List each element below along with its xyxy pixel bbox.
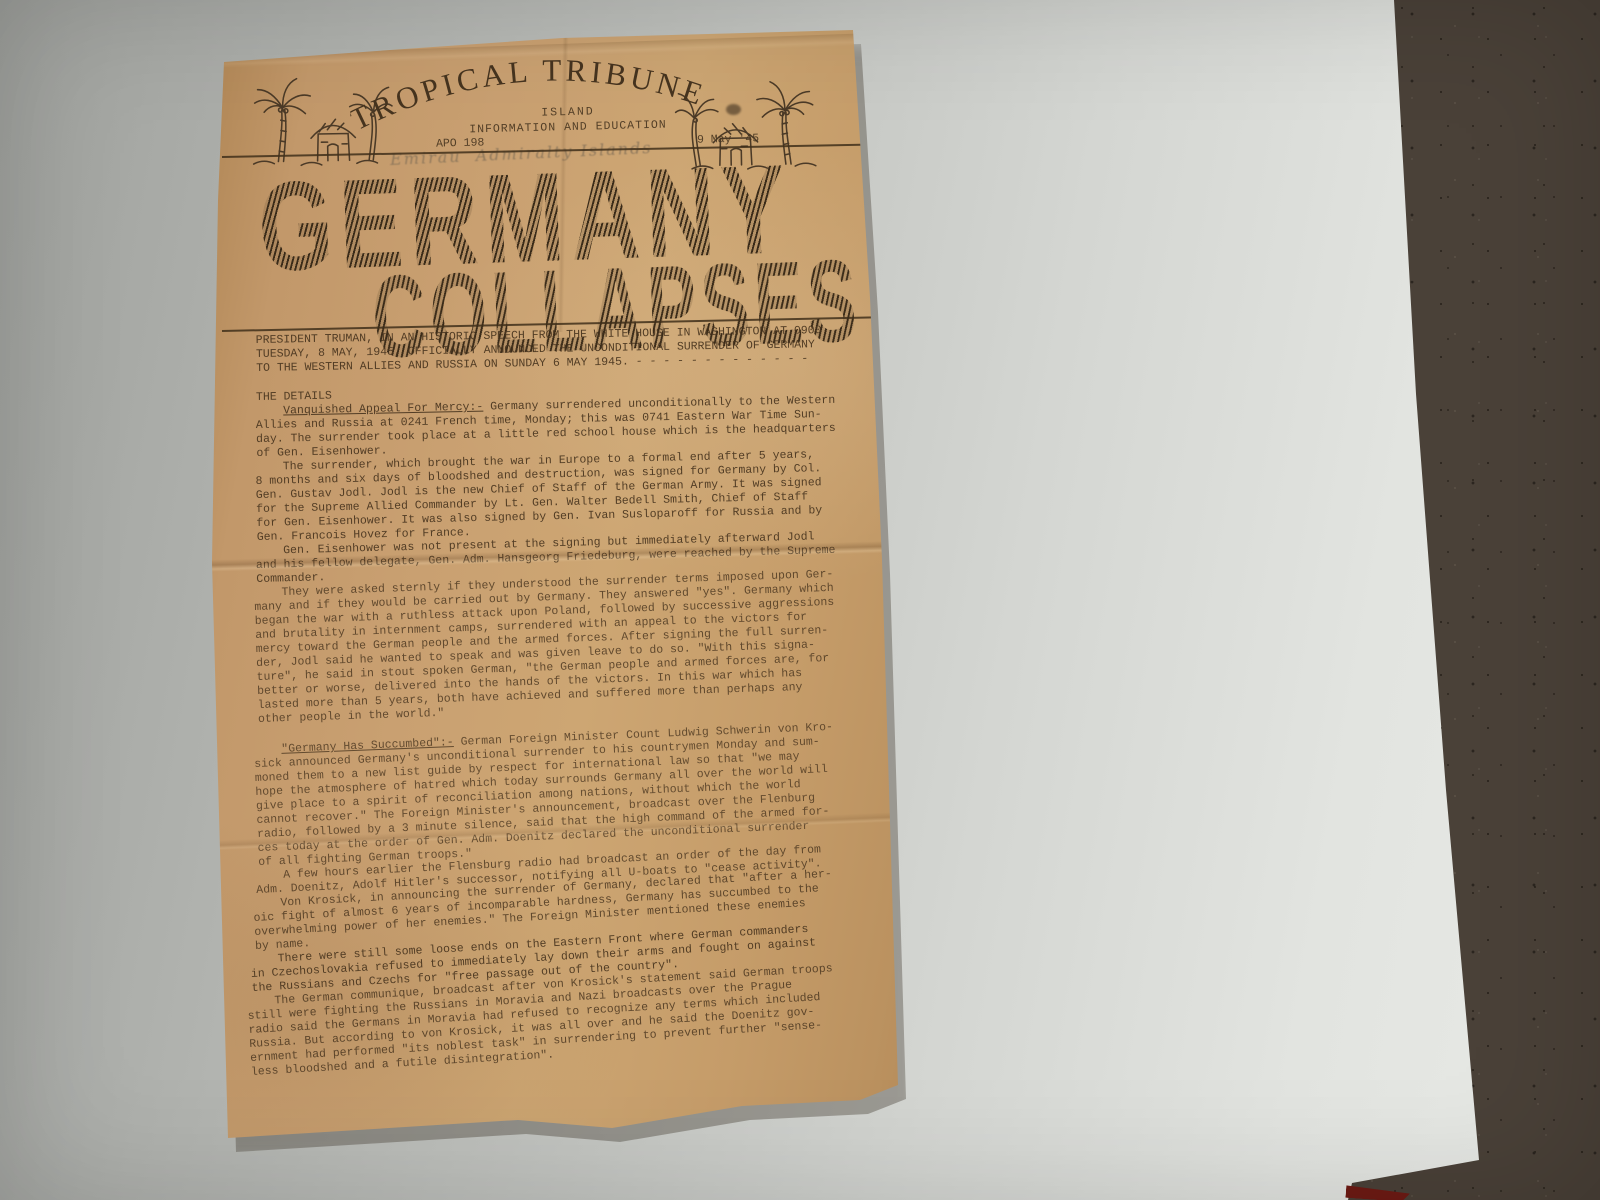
article-paragraph: They were asked sternly if they understo… [254,567,874,727]
article-body: PRESIDENT TRUMAN, IN AN HISTORIC SPEECH … [256,334,872,1080]
lead-paragraph: PRESIDENT TRUMAN, IN AN HISTORIC SPEECH … [256,323,873,376]
photo-of-newspaper: TROPICAL TRIBUNE ISLAND INFORMATION AND … [0,0,1600,1200]
ink-blot [726,104,741,115]
newspaper-sheet: TROPICAL TRIBUNE ISLAND INFORMATION AND … [210,28,910,1148]
